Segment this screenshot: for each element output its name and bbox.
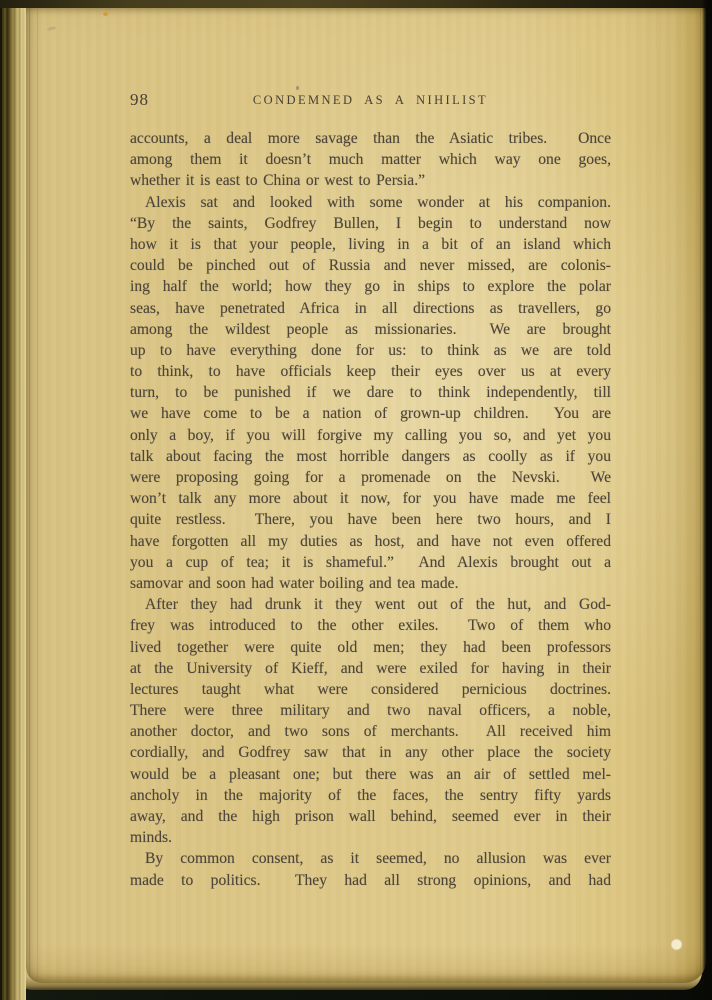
text-line: accounts, a deal more savage than the As…: [130, 128, 611, 149]
text-line: another doctor, and two sons of merchant…: [130, 721, 611, 742]
paragraph: After they had drunk it they went out of…: [130, 594, 611, 848]
page-edge-line: [37, 7, 38, 983]
text-line: lectures taught what were considered per…: [130, 679, 611, 700]
text-line: at the University of Kieff, and were exi…: [130, 658, 611, 679]
text-line: ing half the world; how they go in ships…: [130, 276, 611, 297]
text-line: among the wildest people as missionaries…: [130, 319, 611, 340]
page-body: accounts, a deal more savage than the As…: [130, 128, 611, 891]
text-line: we have come to be a nation of grown-up …: [130, 403, 611, 424]
text-line: quite restless. There, you have been her…: [130, 509, 611, 530]
text-line: among them it doesn’t much matter which …: [130, 149, 611, 170]
text-line: were proposing going for a promenade on …: [130, 467, 611, 488]
page-edge-line: [29, 7, 30, 983]
book-page: 98 CONDEMNED AS A NIHILIST accounts, a d…: [26, 7, 706, 983]
book-cover-right-edge: [702, 0, 712, 1000]
scan-blemish: [590, 721, 594, 725]
paragraph: accounts, a deal more savage than the As…: [130, 128, 611, 192]
book-binding-gutter: [0, 0, 26, 1000]
text-line: samovar and soon had water boiling and t…: [130, 573, 611, 594]
text-line: would be a pleasant one; but there was a…: [130, 764, 611, 785]
text-line: ancholy in the majority of the faces, th…: [130, 785, 611, 806]
running-header-title: CONDEMNED AS A NIHILIST: [130, 93, 611, 108]
book-cover-top-edge: [0, 0, 712, 8]
text-line: talk about facing the most horrible dang…: [130, 446, 611, 467]
text-line: made to politics. They had all strong op…: [130, 870, 611, 891]
text-line: turn, to be punished if we dare to think…: [130, 382, 611, 403]
paragraph: By common consent, as it seemed, no allu…: [130, 848, 611, 890]
text-line: to think, to have officials keep their e…: [130, 361, 611, 382]
book-scan: 98 CONDEMNED AS A NIHILIST accounts, a d…: [0, 0, 712, 1000]
text-line: you a cup of tea; it is shameful.” And A…: [130, 552, 611, 573]
text-line: Alexis sat and looked with some wonder a…: [130, 192, 611, 213]
text-line: frey was introduced to the other exiles.…: [130, 615, 611, 636]
running-head: 98 CONDEMNED AS A NIHILIST: [130, 90, 611, 110]
text-line: how it is that your people, living in a …: [130, 234, 611, 255]
text-line: lived together were quite old men; they …: [130, 637, 611, 658]
text-line: whether it is east to China or west to P…: [130, 170, 611, 191]
text-line: By common consent, as it seemed, no allu…: [130, 848, 611, 869]
text-line: won’t talk any more about it now, for yo…: [130, 488, 611, 509]
text-line: have forgotten all my duties as host, an…: [130, 531, 611, 552]
page-edge-line: [700, 7, 701, 983]
text-line: After they had drunk it they went out of…: [130, 594, 611, 615]
text-line: seas, have penetrated Africa in all dire…: [130, 298, 611, 319]
text-line: minds.: [130, 827, 611, 848]
scan-blemish: [669, 938, 684, 951]
text-line: “By the saints, Godfrey Bullen, I begin …: [130, 213, 611, 234]
text-line: cordially, and Godfrey saw that in any o…: [130, 742, 611, 763]
text-line: could be pinched out of Russia and never…: [130, 255, 611, 276]
text-line: There were three military and two naval …: [130, 700, 611, 721]
scan-blemish: [296, 86, 299, 90]
text-line: only a boy, if you will forgive my calli…: [130, 425, 611, 446]
scan-blemish: [103, 12, 108, 16]
paragraph: Alexis sat and looked with some wonder a…: [130, 192, 611, 595]
text-line: away, and the high prison wall behind, s…: [130, 806, 611, 827]
text-line: up to have everything done for us: to th…: [130, 340, 611, 361]
